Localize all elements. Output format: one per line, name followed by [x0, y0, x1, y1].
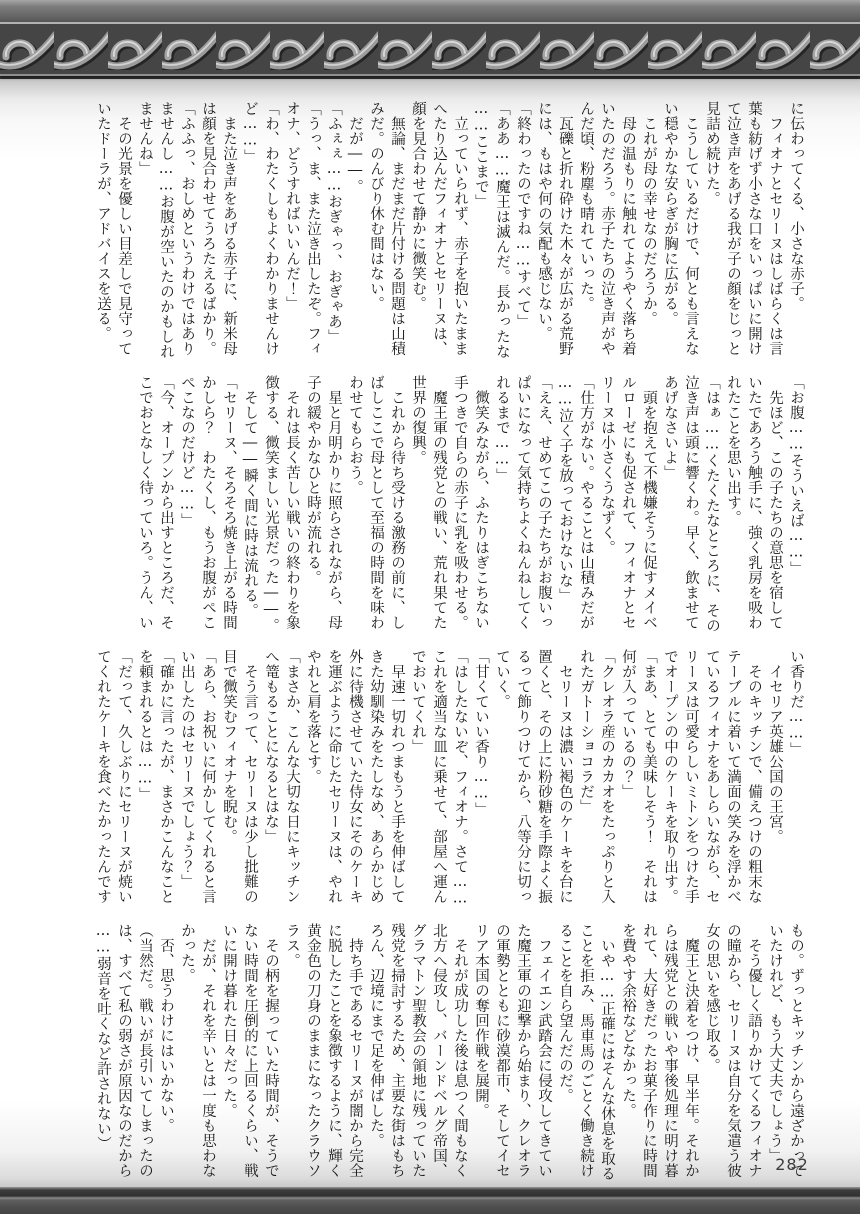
- text-column: だが――。: [344, 101, 365, 359]
- text-column: 見詰め続けた。: [701, 101, 722, 359]
- text-column: みだ。のんびり休む間はない。: [365, 101, 386, 359]
- text-column: た魔王軍の迎撃から始まり、クレオラ: [512, 923, 533, 1181]
- text-column: ばしここで母として至福の時間を味わ: [365, 375, 386, 633]
- text-column: いたけれど、もう大丈夫でしょう」: [764, 923, 785, 1181]
- text-column: いに開け暮れた日々だった。: [218, 923, 239, 1181]
- text-column: 北方へ侵攻し、バーンドベルグ帝国、: [428, 923, 449, 1181]
- text-column: ぱいになって気持ちよくねんねしてく: [512, 375, 533, 633]
- text-column: れたことを思い出す。: [722, 375, 743, 633]
- text-column: 「セリーヌ、そろそろ焼き上がる時間: [218, 375, 239, 633]
- text-column: 微笑みながら、ふたりはぎこちない: [470, 375, 491, 633]
- text-column: ることを自ら望んだのだ。: [554, 923, 575, 1181]
- text-column: 「あら、お祝いに何かしてくれると言: [197, 649, 218, 907]
- text-column: そのキッチンで、備えつけの粗末な: [743, 649, 764, 907]
- text-column: 先ほど、この子たちの意思を宿して: [764, 375, 785, 633]
- knot-pattern-graphic: [0, 24, 860, 74]
- text-column: ……ここまで」: [470, 101, 491, 359]
- text-column: オナ、どうすればいいんだ！」: [281, 101, 302, 359]
- text-column: ていく。: [491, 649, 512, 907]
- text-column: ませんし……お腹が空いたのかもしれ: [155, 101, 176, 359]
- text-column: 何が入っているの？」: [617, 649, 638, 907]
- text-column: い出したのはセリーヌでしょう？」: [176, 649, 197, 907]
- text-column: 手つきで自らの赤子に乳を吸わせる。: [449, 375, 470, 633]
- text-column: 世界の復興。: [407, 375, 428, 633]
- text-column: ……泣く子を放っておけないな」: [554, 375, 575, 633]
- text-column: ことを拒み、馬車馬のごとく働き続け: [575, 923, 596, 1181]
- text-column: 「甘くていい香り……」: [470, 649, 491, 907]
- text-column: 否、思うわけにはいかない。: [155, 923, 176, 1181]
- text-column: その柄を握っていた時間が、そうで: [260, 923, 281, 1181]
- text-column: らは残党との戦いや事後処理に明け暮: [659, 923, 680, 1181]
- text-column: こうしているだけで、何とも言えな: [680, 101, 701, 359]
- text-column: れるまで……」: [491, 375, 512, 633]
- text-column: てくれたケーキを食べたかったんです: [92, 649, 113, 907]
- text-column: ぺこなのだけど……」: [176, 375, 197, 633]
- text-column: 「クレオラ産のカカオをたっぷりと入: [596, 649, 617, 907]
- text-column: そう優しく語りかけてくるフィオナ: [743, 923, 764, 1181]
- text-column: い穏やかな安らぎが胸に広がる。: [659, 101, 680, 359]
- text-row-2: 「お腹……そういえば……」 先ほど、この子たちの意思を宿していたであろう触手に、…: [134, 375, 806, 633]
- text-column: それが成功した後は息つく間もなく: [449, 923, 470, 1181]
- text-column: ない時間を圧倒的に上回るくらい、戦: [239, 923, 260, 1181]
- text-column: 子の緩やかなひと時が流れる。: [302, 375, 323, 633]
- text-column: 「仕方がない。やることは山積みだが: [575, 375, 596, 633]
- footer-ornament-bar: [0, 1187, 860, 1214]
- text-column: ……弱音を吐くなど許されない）: [92, 923, 113, 1181]
- text-column: 「今、オープンから出すところだ、そ: [155, 375, 176, 633]
- text-column: 泣き声は頭に響くわ。早く、飲ませて: [680, 375, 701, 633]
- text-column: そして――瞬く間に時は流れる。: [239, 375, 260, 633]
- text-column: へ篭もることになるとはな」: [260, 649, 281, 907]
- text-column: 「はしたないぞ、フィオナ。さて……: [449, 649, 470, 907]
- text-column: いたであろう触手に、強く乳房を吸わ: [743, 375, 764, 633]
- text-column: グラマトン聖教会の領地に残っていた: [407, 923, 428, 1181]
- text-column: 「確かに言ったが、まさかこんなこと: [155, 649, 176, 907]
- text-column: それは長く苦しい戦いの終わりを象: [281, 375, 302, 633]
- text-column: あげなさいよ」: [659, 375, 680, 633]
- text-column: 「ふぇぇ……おぎゃっ、おぎゃあ」: [323, 101, 344, 359]
- text-row-3: い香りだ……」 イセリア英雄公国の王宮。 そのキッチンで、備えつけの粗末なテーブ…: [92, 649, 806, 907]
- text-column: やれと肩を落とす。: [302, 649, 323, 907]
- text-column: 「だって、久しぶりにセリーヌが焼い: [113, 649, 134, 907]
- text-column: セリーヌは濃い褐色のケーキを台に: [554, 649, 575, 907]
- text-column: 「はぁ……くたくたなところに、その: [701, 375, 722, 633]
- text-column: て泣き声をあげる我が子の顔をじっと: [722, 101, 743, 359]
- text-column: これが母の幸せなのだろうか。: [638, 101, 659, 359]
- text-column: 頭を抱えて不機嫌そうに促すメイベ: [638, 375, 659, 633]
- text-column: ませんね」: [134, 101, 155, 359]
- text-column: 「わ、わたくしもよくわかりませんけ: [260, 101, 281, 359]
- text-column: 「ああ……魔王は滅んだ。長かったな: [491, 101, 512, 359]
- text-column: んだ頃、粉塵も晴れていった。: [575, 101, 596, 359]
- text-column: ろん、辺境にまで足を伸ばした。: [365, 923, 386, 1181]
- text-column: 目で微笑むフィオナを睨む。: [218, 649, 239, 907]
- text-column: フィオナとセリーヌはしばらくは言: [764, 101, 785, 359]
- text-row-1: に伝わってくる、小さな赤子。 フィオナとセリーヌはしばらくは言葉も紡げず小さな口…: [92, 101, 806, 359]
- text-column: い香りだ……」: [785, 649, 806, 907]
- text-column: その光景を優しい目差しで見守って: [113, 101, 134, 359]
- text-column: テーブルに着いて満面の笑みを浮かべ: [722, 649, 743, 907]
- text-column: るって飾りつけてから、八等分に切っ: [512, 649, 533, 907]
- text-column: 置くと、その上に粉砂糖を手際よく振: [533, 649, 554, 907]
- text-column: 「ふふっ、おしめというわけではあり: [176, 101, 197, 359]
- text-column: に脱したことを象徴するように、輝く: [323, 923, 344, 1181]
- text-column: また泣き声をあげる赤子に、新米母: [218, 101, 239, 359]
- text-column: 母の温もりに触れてようやく落ち着: [617, 101, 638, 359]
- text-column: ているフィオナをあしらいながら、セ: [701, 649, 722, 907]
- text-column: は顔を見合わせてうろたえるばかり。: [197, 101, 218, 359]
- text-column: を頼まれるとは……」: [134, 649, 155, 907]
- text-column: イセリア英雄公国の王宮。: [764, 649, 785, 907]
- text-column: 瓦礫と折れ砕けた木々が広がる荒野: [554, 101, 575, 359]
- text-column: 「終わったのですね……すべて」: [512, 101, 533, 359]
- text-column: れて、大好きだったお菓子作りに時間: [638, 923, 659, 1181]
- text-column: ルローゼにも促されて、フィオナとセ: [617, 375, 638, 633]
- text-column: 残党を掃討するため、主要な街はもち: [386, 923, 407, 1181]
- text-column: 顔を見合わせて静かに微笑む。: [407, 101, 428, 359]
- text-column: いたドーラが、アドバイスを送る。: [92, 101, 113, 359]
- text-column: いや……正確にはそんな休息を取る: [596, 923, 617, 1181]
- text-column: 「ええ、せめてこの子たちがお腹いっ: [533, 375, 554, 633]
- text-column: わせてもらおう。: [344, 375, 365, 633]
- text-column: かった。: [176, 923, 197, 1181]
- text-column: 立っていられず、赤子を抱いたまま: [449, 101, 470, 359]
- text-column: 女の思いを感じ取る。: [701, 923, 722, 1181]
- text-column: の瞳から、セリーヌは自分を気遣う彼: [722, 923, 743, 1181]
- text-column: きた幼馴染みをたしなめ、あらかじめ: [365, 649, 386, 907]
- text-column: リア本国の奪回作戦を展開。: [470, 923, 491, 1181]
- text-column: フェイエン武踏会に侵攻してきてい: [533, 923, 554, 1181]
- text-column: 魔王と決着をつけ、早半年。それか: [680, 923, 701, 1181]
- text-column: へたり込んだフィオナとセリーヌは、: [428, 101, 449, 359]
- text-column: （当然だ。戦いが長引いてしまったの: [134, 923, 155, 1181]
- text-column: リーヌは可愛らしいミトンをつけた手: [680, 649, 701, 907]
- text-row-4: もの。ずっとキッチンから遠ざかっていたけれど、もう大丈夫でしょう」 そう優しく語…: [92, 923, 806, 1181]
- text-column: もの。ずっとキッチンから遠ざかって: [785, 923, 806, 1181]
- text-column: でオープンの中のケーキを取り出す。: [659, 649, 680, 907]
- text-column: だが、それを辛いとは一度も思わな: [197, 923, 218, 1181]
- header-ornament-band: [0, 0, 860, 79]
- celtic-knot-border: [0, 22, 860, 76]
- text-column: 黄金色の刀身のままになったクラウソ: [302, 923, 323, 1181]
- text-column: は、すべて私の弱さが原因なのだから: [113, 923, 134, 1181]
- text-column: には、もはや何の気配も感じない。: [533, 101, 554, 359]
- text-column: ラス。: [281, 923, 302, 1181]
- text-column: リーヌは小さくうなずく。: [596, 375, 617, 633]
- text-column: でおいてくれ」: [407, 649, 428, 907]
- text-column: そう言って、セリーヌは少し批難の: [239, 649, 260, 907]
- text-column: かしら？ わたくし、もうお腹がぺこ: [197, 375, 218, 633]
- text-column: 早速一切れつまもうと手を伸ばして: [386, 649, 407, 907]
- text-column: を費やす余裕などなかった。: [617, 923, 638, 1181]
- text-column: れたガトーショコラだ」: [575, 649, 596, 907]
- text-column: を運ぶように命じたセリーヌは、やれ: [323, 649, 344, 907]
- text-column: 無論、まだまだ片付ける問題は山積: [386, 101, 407, 359]
- text-column: 魔王軍の残党との戦い、荒れ果てた: [428, 375, 449, 633]
- text-column: これを適当な皿に乗せて、部屋へ運ん: [428, 649, 449, 907]
- text-column: いたのだろう。赤子たちの泣き声がや: [596, 101, 617, 359]
- text-column: 「お腹……そういえば……」: [785, 375, 806, 633]
- text-column: 「まさか、こんな大切な日にキッチン: [281, 649, 302, 907]
- text-column: 外に待機させていた侍女にそのケーキ: [344, 649, 365, 907]
- text-column: 持ち手であるセリーヌが闇から完全: [344, 923, 365, 1181]
- text-column: これから待ち受ける激務の前に、し: [386, 375, 407, 633]
- text-column: の軍勢とともに砂漠都市、そしてイセ: [491, 923, 512, 1181]
- text-column: に伝わってくる、小さな赤子。: [785, 101, 806, 359]
- text-column: 「うっ、ま、また泣き出したぞ。フィ: [302, 101, 323, 359]
- text-column: 徴する、微笑ましい光景だった――。: [260, 375, 281, 633]
- page-number: 282: [770, 1155, 814, 1174]
- text-column: 「まあ、とても美味しそう！ それは: [638, 649, 659, 907]
- novel-page: { "page": { "number": "282", "rows": [ {…: [0, 0, 860, 1214]
- text-column: こでおとなしく待っていろ。うん、い: [134, 375, 155, 633]
- text-column: ど……」: [239, 101, 260, 359]
- text-column: 星と月明かりに照らされながら、母: [323, 375, 344, 633]
- text-column: 葉も紡げず小さな口をいっぱいに開け: [743, 101, 764, 359]
